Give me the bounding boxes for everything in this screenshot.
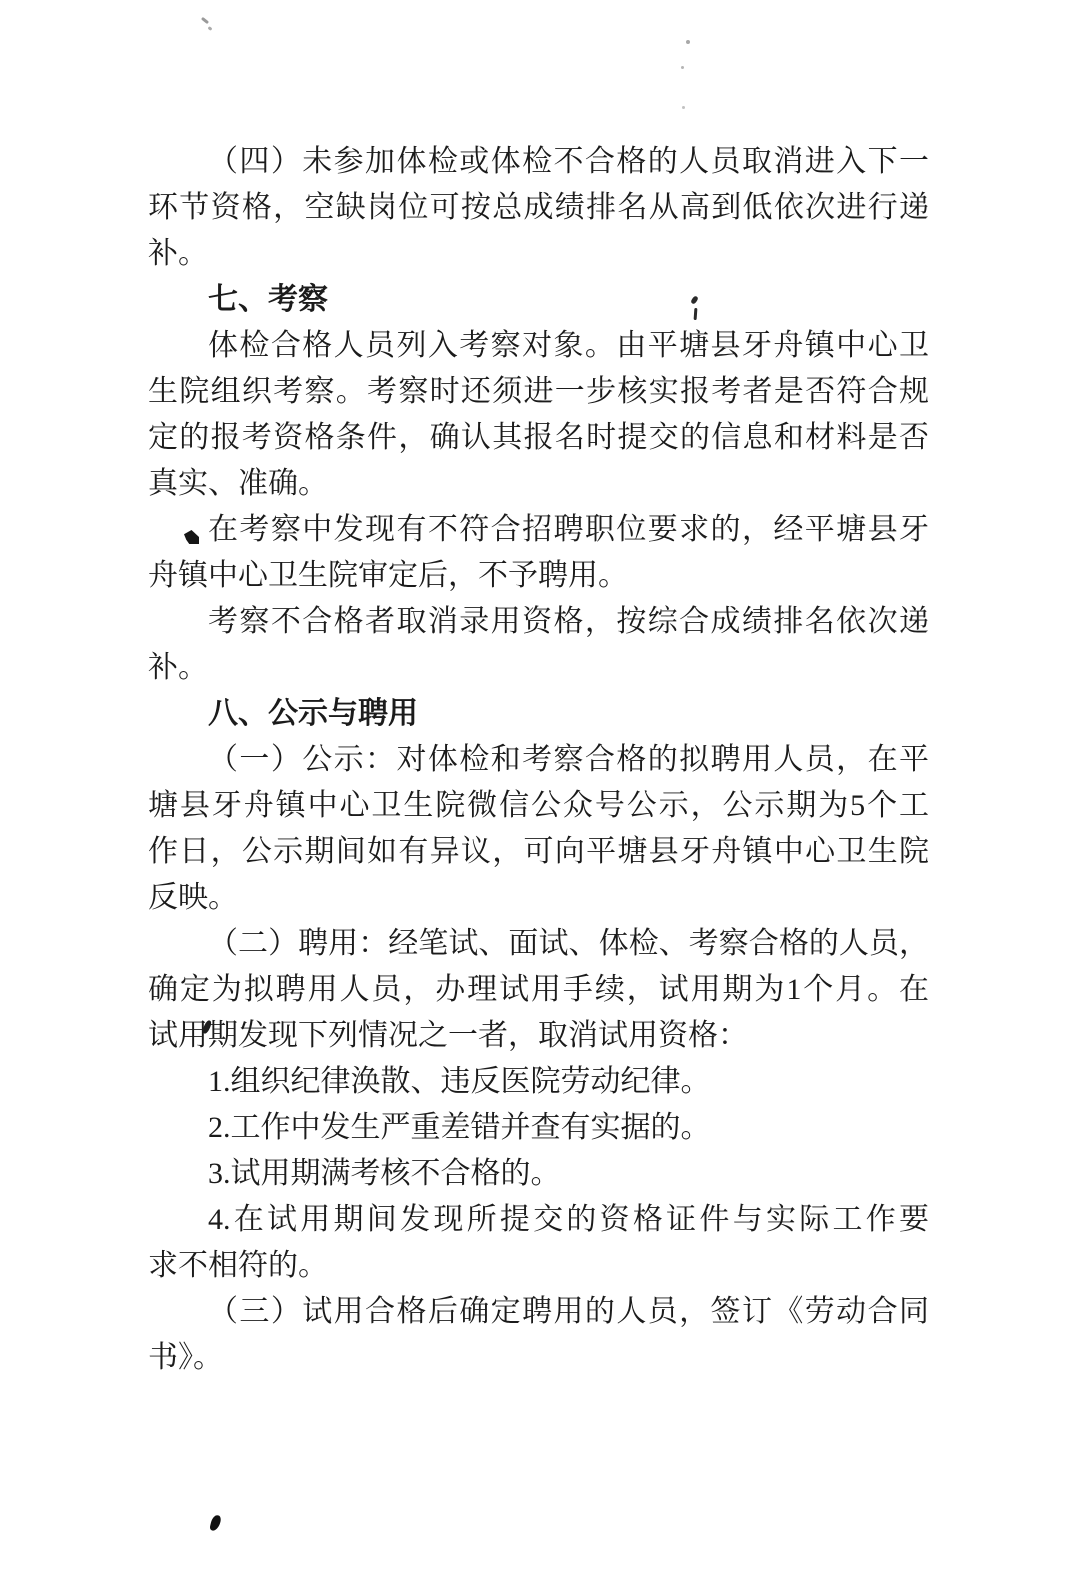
text-line: 书》。 xyxy=(148,1335,929,1381)
text-line: 3.试用期满考核不合格的。 xyxy=(148,1151,929,1197)
section-heading: 七、考察 xyxy=(148,277,929,323)
text-line: （四）未参加体检或体检不合格的人员取消进入下一 xyxy=(148,139,929,185)
scanned-document-page: （四）未参加体检或体检不合格的人员取消进入下一环节资格，空缺岗位可按总成绩排名从… xyxy=(0,0,1080,1574)
scan-dot xyxy=(686,40,690,44)
paragraph: （一）公示：对体检和考察合格的拟聘用人员，在平塘县牙舟镇中心卫生院微信公众号公示… xyxy=(148,737,929,921)
scan-dot xyxy=(682,106,685,109)
section-heading: 八、公示与聘用 xyxy=(148,691,929,737)
text-line: 2.工作中发生严重差错并查有实据的。 xyxy=(148,1105,929,1151)
text-line: 定的报考资格条件，确认其报名时提交的信息和材料是否 xyxy=(148,415,929,461)
text-line: 作日，公示期间如有异议，可向平塘县牙舟镇中心卫生院 xyxy=(148,829,929,875)
paragraph: 体检合格人员列入考察对象。由平塘县牙舟镇中心卫生院组织考察。考察时还须进一步核实… xyxy=(148,323,929,507)
paragraph: （二）聘用：经笔试、面试、体检、考察合格的人员，确定为拟聘用人员，办理试用手续，… xyxy=(148,921,929,1059)
paragraph: 考察不合格者取消录用资格，按综合成绩排名依次递补。 xyxy=(148,599,929,691)
text-line: 环节资格，空缺岗位可按总成绩排名从高到低依次进行递 xyxy=(148,185,929,231)
text-line: 1.组织纪律涣散、违反医院劳动纪律。 xyxy=(148,1059,929,1105)
text-line: （三）试用合格后确定聘用的人员，签订《劳动合同 xyxy=(148,1289,929,1335)
text-line: 真实、准确。 xyxy=(148,461,929,507)
list-item: 1.组织纪律涣散、违反医院劳动纪律。 xyxy=(148,1059,929,1105)
text-line: 确定为拟聘用人员，办理试用手续，试用期为1个月。在 xyxy=(148,967,929,1013)
text-line: 补。 xyxy=(148,231,929,277)
text-line: 塘县牙舟镇中心卫生院微信公众号公示，公示期为5个工 xyxy=(148,783,929,829)
paragraph: 在考察中发现有不符合招聘职位要求的，经平塘县牙舟镇中心卫生院审定后，不予聘用。 xyxy=(148,507,929,599)
list-item: 4.在试用期间发现所提交的资格证件与实际工作要求不相符的。 xyxy=(148,1197,929,1289)
paragraph: （四）未参加体检或体检不合格的人员取消进入下一环节资格，空缺岗位可按总成绩排名从… xyxy=(148,139,929,277)
scan-dot xyxy=(681,66,684,69)
text-line: 反映。 xyxy=(148,875,929,921)
text-line: 4.在试用期间发现所提交的资格证件与实际工作要 xyxy=(148,1197,929,1243)
text-line: 七、考察 xyxy=(148,277,929,323)
text-line: 考察不合格者取消录用资格，按综合成绩排名依次递 xyxy=(148,599,929,645)
text-line: 生院组织考察。考察时还须进一步核实报考者是否符合规 xyxy=(148,369,929,415)
text-line: 八、公示与聘用 xyxy=(148,691,929,737)
text-line: 求不相符的。 xyxy=(148,1243,929,1289)
list-item: 2.工作中发生严重差错并查有实据的。 xyxy=(148,1105,929,1151)
text-line: （二）聘用：经笔试、面试、体检、考察合格的人员， xyxy=(148,921,929,967)
scan-speck xyxy=(208,26,213,31)
text-line: 体检合格人员列入考察对象。由平塘县牙舟镇中心卫 xyxy=(148,323,929,369)
list-item: 3.试用期满考核不合格的。 xyxy=(148,1151,929,1197)
text-line: 在考察中发现有不符合招聘职位要求的，经平塘县牙 xyxy=(148,507,929,553)
document-body: （四）未参加体检或体检不合格的人员取消进入下一环节资格，空缺岗位可按总成绩排名从… xyxy=(148,139,929,1381)
text-line: （一）公示：对体检和考察合格的拟聘用人员，在平 xyxy=(148,737,929,783)
paragraph: （三）试用合格后确定聘用的人员，签订《劳动合同书》。 xyxy=(148,1289,929,1381)
text-line: 舟镇中心卫生院审定后，不予聘用。 xyxy=(148,553,929,599)
ink-speck xyxy=(209,1514,222,1532)
scan-speck xyxy=(201,17,209,24)
text-line: 补。 xyxy=(148,645,929,691)
text-line: 试用期发现下列情况之一者，取消试用资格： xyxy=(148,1013,929,1059)
